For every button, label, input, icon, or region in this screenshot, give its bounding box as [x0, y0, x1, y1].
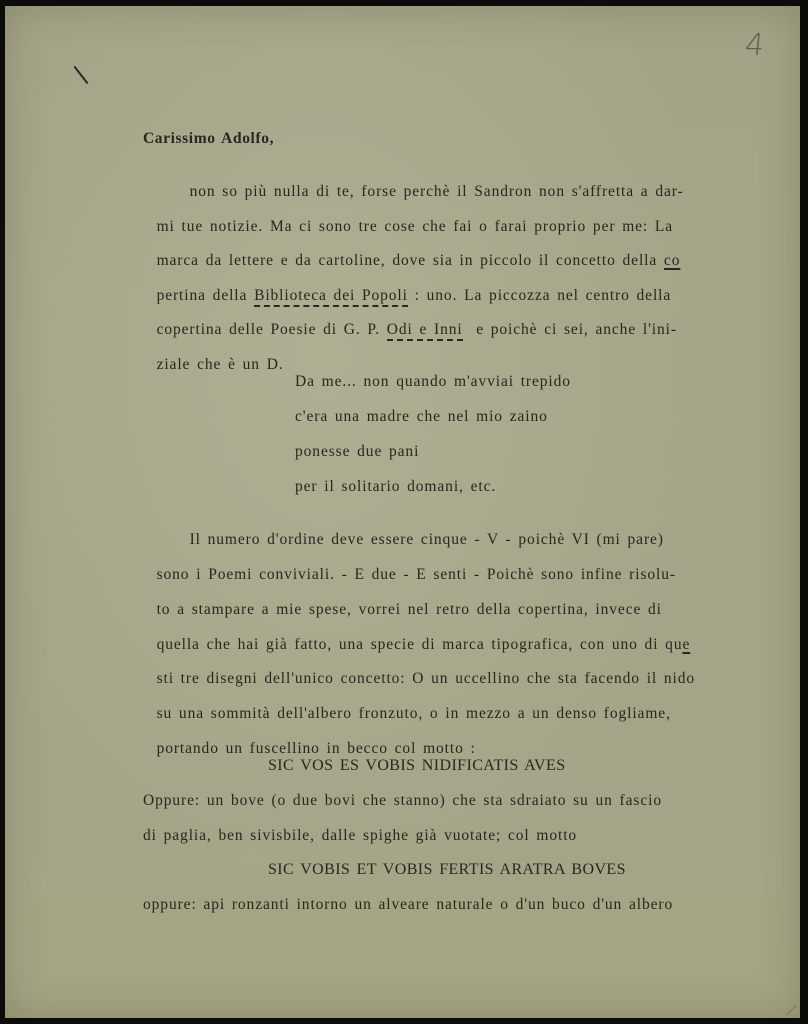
verse-line-2: c'era una madre che nel mio zaino — [295, 408, 548, 426]
text-segment: portando un fuscellino in becco col mott… — [157, 740, 476, 757]
paragraph2-line-4: quella che hai già fatto, una specie di … — [143, 618, 690, 654]
motto-1: SIC VOS ES VOBIS NIDIFICATIS AVES — [268, 757, 566, 775]
text-segment: Il numero d'ordine deve essere cinque - … — [190, 531, 664, 548]
text-segment: su una sommità dell'albero fronzuto, o i… — [157, 705, 671, 722]
text-segment: copertina delle Poesie di G. P. — [157, 321, 387, 338]
text-segment: ziale che è un D. — [157, 356, 284, 373]
paragraph4-line-1: oppure: api ronzanti intorno un alveare … — [143, 896, 673, 914]
paragraph1-line-2: mi tue notizie. Ma ci sono tre cose che … — [143, 200, 673, 236]
text-segment: quella che hai già fatto, una specie di … — [157, 636, 683, 653]
underlined-hyphenation: co — [664, 252, 680, 269]
text-segment: non so più nulla di te, forse perchè il … — [190, 183, 684, 200]
text-segment: marca da lettere e da cartoline, dove si… — [157, 252, 664, 269]
paragraph2-line-5: sti tre disegni dell'unico concetto: O u… — [143, 652, 695, 688]
paragraph2-line-6: su una sommità dell'albero fronzuto, o i… — [143, 687, 671, 723]
verse-line-3: ponesse due pani — [295, 443, 419, 461]
handwritten-margin-mark — [73, 66, 88, 85]
text-segment: sono i Poemi conviviali. - E due - E sen… — [157, 566, 676, 583]
handwritten-page-number: 4 — [743, 28, 766, 63]
text-segment: : uno. La piccozza nel centro della — [408, 287, 671, 304]
paragraph1-line-3: marca da lettere e da cartoline, dove si… — [143, 234, 680, 270]
text-segment: sti tre disegni dell'unico concetto: O u… — [157, 670, 696, 687]
paragraph1-line-5: copertina delle Poesie di G. P. Odi e In… — [143, 303, 677, 339]
paragraph2-line-7: portando un fuscellino in becco col mott… — [143, 722, 476, 758]
verse-line-4: per il solitario domani, etc. — [295, 478, 496, 496]
paragraph2-line-1: Il numero d'ordine deve essere cinque - … — [176, 513, 664, 549]
verse-line-1: Da me... non quando m'avviai trepido — [295, 373, 571, 391]
motto-2: SIC VOBIS ET VOBIS FERTIS ARATRA BOVES — [268, 861, 626, 879]
underlined-hyphenation: e — [682, 636, 690, 653]
salutation: Carissimo Adolfo, — [143, 130, 274, 148]
paragraph1-line-4: pertina della Biblioteca dei Popoli : un… — [143, 269, 671, 305]
paragraph1-line-6: ziale che è un D. — [143, 338, 284, 374]
paragraph2-line-2: sono i Poemi conviviali. - E due - E sen… — [143, 548, 676, 584]
text-segment: e poichè ci sei, anche l'ini- — [463, 321, 677, 338]
paragraph2-line-3: to a stampare a mie spese, vorrei nel re… — [143, 583, 662, 619]
page-corner-fold — [786, 1005, 807, 1024]
text-segment: mi tue notizie. Ma ci sono tre cose che … — [157, 218, 674, 235]
text-segment: to a stampare a mie spese, vorrei nel re… — [157, 601, 662, 618]
text-segment: pertina della — [157, 287, 255, 304]
paragraph3-line-1: Oppure: un bove (o due bovi che stanno) … — [143, 792, 662, 810]
paragraph3-line-2: di paglia, ben sivisbile, dalle spighe g… — [143, 827, 577, 845]
paragraph1-line-1: non so più nulla di te, forse perchè il … — [176, 165, 684, 201]
book-title-odi-e-inni: Odi e Inni — [387, 321, 463, 341]
